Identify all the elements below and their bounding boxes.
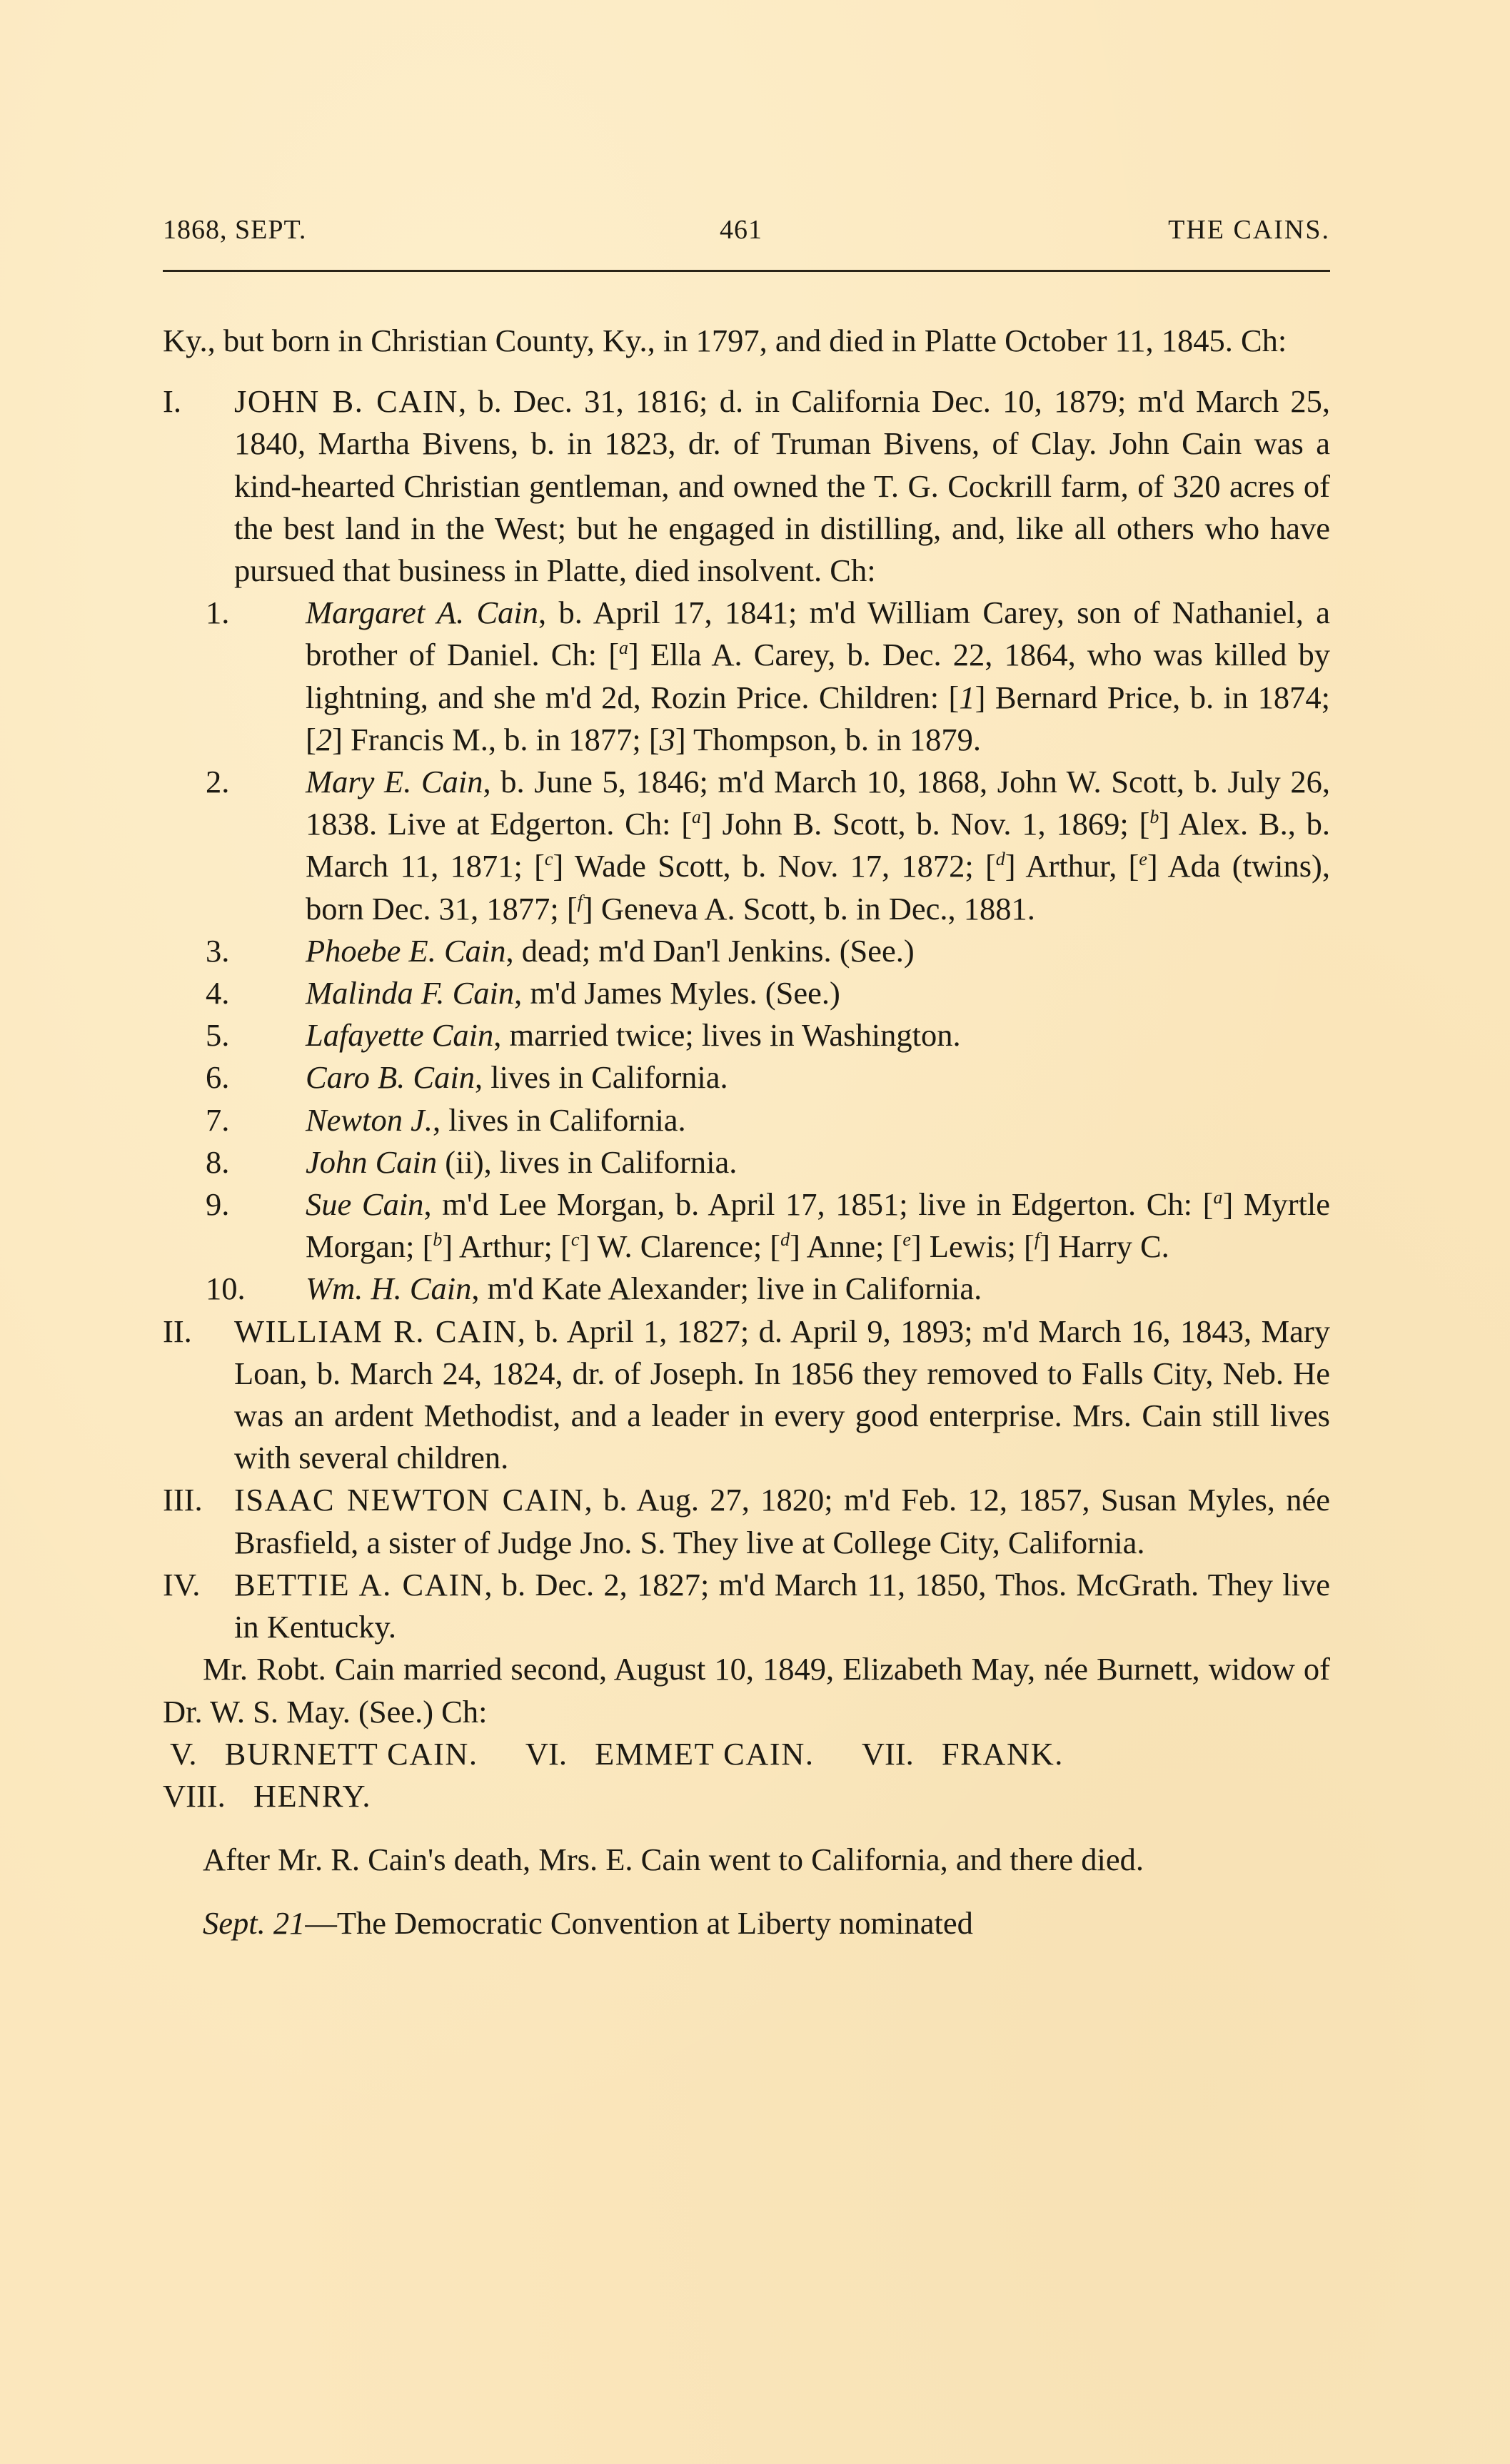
child-entry: 2.Mary E. Cain, b. June 5, 1846; m'd Mar… — [163, 761, 1330, 930]
child-entry: 7.Newton J., lives in California. — [163, 1099, 1330, 1141]
spacer — [163, 1817, 1330, 1839]
child-text: , m'd Kate Alexander; live in California… — [471, 1271, 982, 1306]
page-number: 461 — [720, 214, 762, 246]
child-entry: 4.Malinda F. Cain, m'd James Myles. (See… — [163, 972, 1330, 1014]
entry-numeral: I. — [163, 380, 228, 423]
child-letter-marker: c — [545, 849, 553, 869]
child-frank: VII. FRANK. — [862, 1736, 1084, 1772]
child-name: Newton J. — [306, 1102, 433, 1138]
child-letter-marker: a — [619, 637, 628, 658]
child-numeral: 1. — [206, 592, 297, 634]
child-entry: 3.Phoebe E. Cain, dead; m'd Dan'l Jenkin… — [163, 930, 1330, 972]
entry-text: —The Democratic Convention at Liberty no… — [305, 1905, 972, 1941]
child-entry: 6.Caro B. Cain, lives in California. — [163, 1056, 1330, 1099]
grandchild-number-marker: 1 — [959, 680, 975, 715]
child-letter-marker: d — [780, 1229, 790, 1250]
child-text: ] Arthur; [ — [442, 1228, 570, 1264]
john-b-cain-children: 1.Margaret A. Cain, b. April 17, 1841; m… — [163, 592, 1330, 1310]
grandchild-number-marker: 2 — [316, 722, 332, 757]
header-rule — [163, 270, 1330, 272]
entry-john-b-cain: I.JOHN B. CAIN, b. Dec. 31, 1816; d. in … — [163, 380, 1330, 592]
second-marriage-children-cont: VIII. HENRY. — [163, 1775, 1330, 1817]
entry-isaac-newton-cain: III.ISAAC NEWTON CAIN, b. Aug. 27, 1820;… — [163, 1479, 1330, 1563]
child-entry: 1.Margaret A. Cain, b. April 17, 1841; m… — [163, 592, 1330, 761]
entry-name: BETTIE A. CAIN — [234, 1567, 484, 1602]
child-letter-marker: d — [996, 849, 1005, 869]
child-letter-marker: e — [1139, 849, 1147, 869]
child-name: John Cain — [306, 1144, 437, 1180]
child-text: ] Francis M., b. in 1877; [ — [332, 722, 660, 757]
child-text: , married twice; lives in Washington. — [493, 1017, 960, 1053]
child-numeral: 10. — [206, 1268, 297, 1310]
child-text: ] Anne; [ — [790, 1228, 902, 1264]
child-henry: VIII. HENRY. — [163, 1778, 391, 1814]
entry-numeral: II. — [163, 1311, 228, 1353]
entry-numeral: IV. — [163, 1564, 228, 1606]
child-numeral: 3. — [206, 930, 297, 972]
second-marriage-paragraph: Mr. Robt. Cain married second, August 10… — [163, 1648, 1330, 1732]
child-text: , m'd James Myles. (See.) — [514, 975, 840, 1011]
child-emmet: VI. EMMET CAIN. — [525, 1736, 835, 1772]
child-numeral: 8. — [206, 1141, 297, 1183]
body-text: Ky., but born in Christian County, Ky., … — [163, 320, 1330, 1945]
child-numeral: 2. — [206, 761, 297, 803]
child-entry: 8.John Cain (ii), lives in California. — [163, 1141, 1330, 1183]
child-text: ] Lewis; [ — [911, 1228, 1035, 1264]
child-name: Lafayette Cain — [306, 1017, 493, 1053]
running-head-date: 1868, SEPT. — [163, 214, 306, 246]
child-name: Sue Cain — [306, 1186, 423, 1222]
after-death-paragraph: After Mr. R. Cain's death, Mrs. E. Cain … — [163, 1839, 1330, 1881]
child-text: ] Wade Scott, b. Nov. 17, 1872; [ — [553, 848, 995, 884]
child-letter-marker: e — [902, 1229, 911, 1250]
entry-william-r-cain: II.WILLIAM R. CAIN, b. April 1, 1827; d.… — [163, 1311, 1330, 1480]
child-numeral: 7. — [206, 1099, 297, 1141]
child-text: , lives in California. — [475, 1059, 728, 1095]
child-entry: 5.Lafayette Cain, married twice; lives i… — [163, 1014, 1330, 1056]
child-text: ] Arthur, [ — [1005, 848, 1139, 884]
child-name: Caro B. Cain — [306, 1059, 475, 1095]
child-letter-marker: c — [571, 1229, 580, 1250]
child-letter-marker: b — [1149, 807, 1159, 827]
entry-name: JOHN B. CAIN — [234, 383, 458, 419]
child-letter-marker: a — [1213, 1187, 1222, 1208]
child-text: ] Harry C. — [1040, 1228, 1169, 1264]
child-letter-marker: b — [433, 1229, 442, 1250]
entry-name: WILLIAM R. CAIN — [234, 1313, 518, 1349]
child-numeral: 6. — [206, 1056, 297, 1099]
child-text: , lives in California. — [433, 1102, 686, 1138]
child-text: ] W. Clarence; [ — [579, 1228, 780, 1264]
entry-date: Sept. 21 — [203, 1905, 305, 1941]
spacer — [163, 362, 1330, 380]
child-entry: 10.Wm. H. Cain, m'd Kate Alexander; live… — [163, 1268, 1330, 1310]
child-burnett: V. BURNETT CAIN. — [170, 1736, 498, 1772]
child-numeral: 5. — [206, 1014, 297, 1056]
child-letter-marker: a — [692, 807, 701, 827]
child-name: Wm. H. Cain — [306, 1271, 471, 1306]
child-name: Phoebe E. Cain — [306, 933, 506, 969]
running-head-title: THE CAINS. — [1168, 214, 1330, 246]
spacer — [163, 1881, 1330, 1902]
second-marriage-children: V. BURNETT CAIN. VI. EMMET CAIN. VII. FR… — [163, 1733, 1330, 1775]
child-text: ] Thompson, b. in 1879. — [675, 722, 981, 757]
grandchild-number-marker: 3 — [660, 722, 675, 757]
child-text: ] John B. Scott, b. Nov. 1, 1869; [ — [701, 806, 1149, 842]
entry-name: ISAAC NEWTON CAIN — [234, 1482, 584, 1518]
child-text: ] Geneva A. Scott, b. in Dec., 1881. — [583, 891, 1035, 926]
child-text: , m'd Lee Morgan, b. April 17, 1851; liv… — [423, 1186, 1213, 1222]
child-entry: 9.Sue Cain, m'd Lee Morgan, b. April 17,… — [163, 1183, 1330, 1268]
opening-paragraph: Ky., but born in Christian County, Ky., … — [163, 320, 1330, 362]
child-text: (ii), lives in California. — [437, 1144, 737, 1180]
sept-21-paragraph: Sept. 21—The Democratic Convention at Li… — [163, 1902, 1330, 1944]
entry-numeral: III. — [163, 1479, 228, 1521]
entry-bettie-a-cain: IV.BETTIE A. CAIN, b. Dec. 2, 1827; m'd … — [163, 1564, 1330, 1648]
running-head: 1868, SEPT. 461 THE CAINS. — [163, 214, 1330, 257]
child-text: , dead; m'd Dan'l Jenkins. (See.) — [506, 933, 915, 969]
child-name: Mary E. Cain — [306, 764, 483, 799]
child-name: Margaret A. Cain — [306, 595, 538, 630]
child-letter-marker: f — [578, 892, 583, 912]
child-name: Malinda F. Cain — [306, 975, 514, 1011]
child-numeral: 4. — [206, 972, 297, 1014]
child-numeral: 9. — [206, 1183, 297, 1226]
